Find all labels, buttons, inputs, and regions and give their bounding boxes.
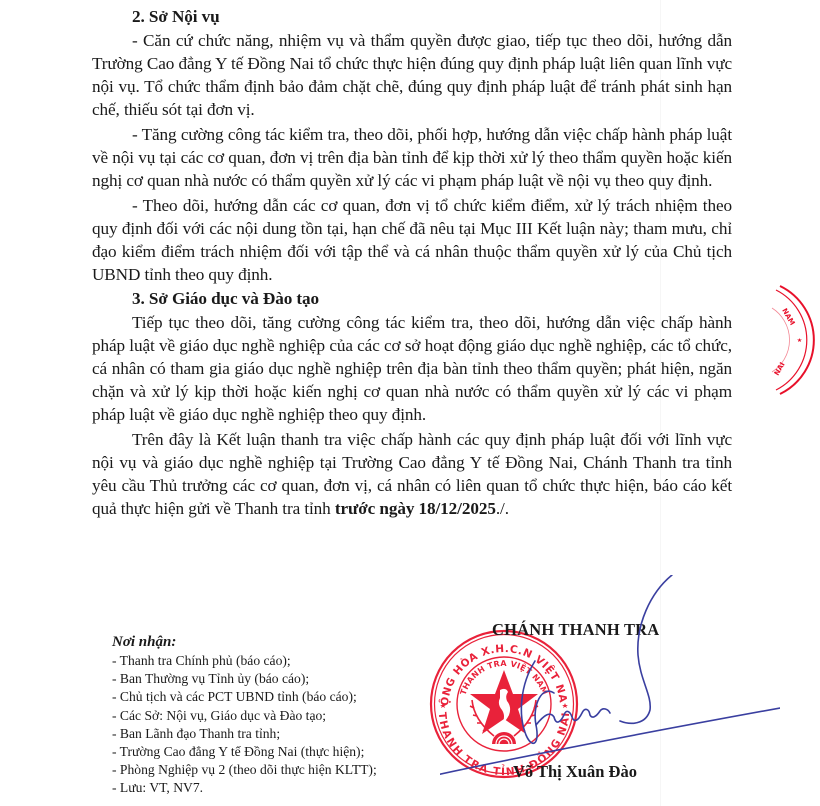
deadline-suffix: ./. [496, 499, 509, 518]
section-2-paragraph-3: - Theo dõi, hướng dẫn các cơ quan, đơn v… [92, 194, 732, 286]
recipient-item: - Ban Lãnh đạo Thanh tra tỉnh; [112, 725, 377, 743]
section-3-heading: 3. Sở Giáo dục và Đào tạo [92, 286, 732, 311]
recipient-item: - Trường Cao đẳng Y tế Đồng Nai (thực hi… [112, 743, 377, 761]
closing-paragraph: Trên đây là Kết luận thanh tra việc chấp… [92, 428, 732, 520]
document-body: 2. Sở Nội vụ - Căn cứ chức năng, nhiệm v… [92, 4, 732, 520]
document-page: 2. Sở Nội vụ - Căn cứ chức năng, nhiệm v… [0, 0, 820, 806]
edge-seal-text-top: NAM [780, 307, 796, 327]
signer-name: Võ Thị Xuân Đào [513, 762, 637, 782]
recipient-item: - Chủ tịch và các PCT UBND tỉnh (báo cáo… [112, 688, 377, 706]
recipient-item: - Phòng Nghiệp vụ 2 (theo dõi thực hiện … [112, 761, 377, 779]
section-3-paragraph-1: Tiếp tục theo dõi, tăng cường công tác k… [92, 311, 732, 426]
recipient-item: - Ban Thường vụ Tỉnh ủy (báo cáo); [112, 670, 377, 688]
section-2-paragraph-2: - Tăng cường công tác kiểm tra, theo dõi… [92, 123, 732, 192]
recipient-item: - Thanh tra Chính phủ (báo cáo); [112, 652, 377, 670]
overlap-seal-fragment-icon: NAM NAI [768, 280, 820, 400]
section-2-heading: 2. Sở Nội vụ [92, 4, 732, 29]
handwritten-signature-icon [440, 575, 780, 785]
recipients-list: - Thanh tra Chính phủ (báo cáo); - Ban T… [112, 652, 377, 798]
deadline-text: trước ngày 18/12/2025 [335, 499, 496, 518]
edge-seal-text-bottom: NAI [773, 361, 787, 377]
recipients-block: Nơi nhận: - Thanh tra Chính phủ (báo cáo… [112, 632, 377, 798]
section-2-paragraph-1: - Căn cứ chức năng, nhiệm vụ và thẩm quy… [92, 29, 732, 121]
recipients-label: Nơi nhận: [112, 632, 377, 652]
recipient-item: - Các Sở: Nội vụ, Giáo dục và Đào tạo; [112, 707, 377, 725]
recipient-item: - Lưu: VT, NV7. [112, 779, 377, 797]
